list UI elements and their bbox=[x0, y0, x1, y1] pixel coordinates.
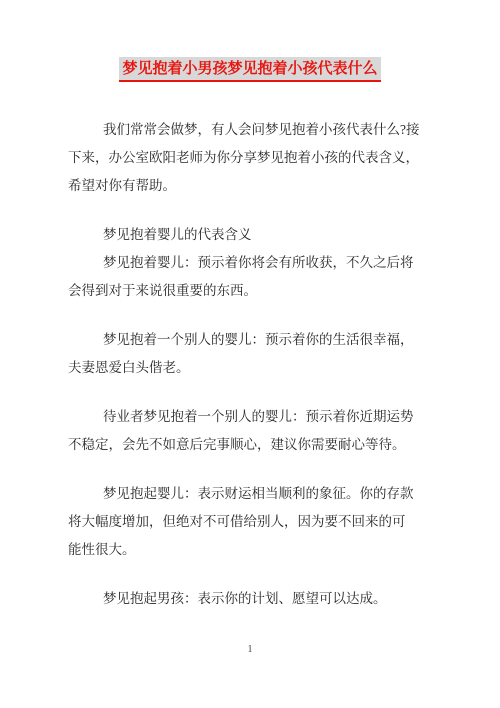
document-page: 梦见抱着小男孩梦见抱着小孩代表什么 我们常常会做梦，有人会问梦见抱着小孩代表什么… bbox=[0, 0, 500, 708]
title-row: 梦见抱着小男孩梦见抱着小孩代表什么 bbox=[0, 0, 500, 82]
paragraph: 梦见抱着婴儿：预示着你将会有所收获，不久之后将会得到对于来说很重要的东西。 bbox=[68, 249, 432, 305]
text-line: 夫妻恩爱白头偕老。 bbox=[68, 354, 432, 382]
text-line: 将大幅度增加，但绝对不可借给别人，因为要不回来的可 bbox=[68, 508, 432, 536]
paragraph: 我们常常会做梦，有人会问梦见抱着小孩代表什么?接下来，办公室欧阳老师为你分享梦见… bbox=[68, 116, 432, 200]
text-line: 梦见抱起男孩：表示你的计划、愿望可以达成。 bbox=[68, 585, 432, 613]
page-footer: 1 bbox=[0, 639, 500, 657]
text-line: 梦见抱着一个别人的婴儿：预示着你的生活很幸福， bbox=[68, 326, 432, 354]
text-line: 梦见抱起婴儿：表示财运相当顺利的象征。你的存款 bbox=[68, 480, 432, 508]
paragraph: 梦见抱起男孩：表示你的计划、愿望可以达成。 bbox=[68, 585, 432, 613]
text-line: 我们常常会做梦，有人会问梦见抱着小孩代表什么?接 bbox=[68, 116, 432, 144]
document-content: 我们常常会做梦，有人会问梦见抱着小孩代表什么?接下来，办公室欧阳老师为你分享梦见… bbox=[68, 116, 432, 613]
text-line: 能性很大。 bbox=[68, 536, 432, 564]
page-number: 1 bbox=[248, 644, 253, 655]
paragraph: 梦见抱着一个别人的婴儿：预示着你的生活很幸福，夫妻恩爱白头偕老。 bbox=[68, 326, 432, 382]
text-line: 梦见抱着婴儿的代表含义 bbox=[68, 221, 432, 249]
paragraph: 待业者梦见抱着一个别人的婴儿：预示着你近期运势不稳定，会先不如意后完事顺心，建议… bbox=[68, 403, 432, 459]
text-line: 希望对你有帮助。 bbox=[68, 172, 432, 200]
text-line: 不稳定，会先不如意后完事顺心，建议你需要耐心等待。 bbox=[68, 431, 432, 459]
text-line: 下来，办公室欧阳老师为你分享梦见抱着小孩的代表含义， bbox=[68, 144, 432, 172]
text-line: 待业者梦见抱着一个别人的婴儿：预示着你近期运势 bbox=[68, 403, 432, 431]
document-title: 梦见抱着小男孩梦见抱着小孩代表什么 bbox=[119, 57, 380, 82]
text-line: 梦见抱着婴儿：预示着你将会有所收获，不久之后将 bbox=[68, 249, 432, 277]
paragraph: 梦见抱着婴儿的代表含义 bbox=[68, 221, 432, 249]
text-line: 会得到对于来说很重要的东西。 bbox=[68, 277, 432, 305]
paragraph: 梦见抱起婴儿：表示财运相当顺利的象征。你的存款将大幅度增加，但绝对不可借给别人，… bbox=[68, 480, 432, 564]
